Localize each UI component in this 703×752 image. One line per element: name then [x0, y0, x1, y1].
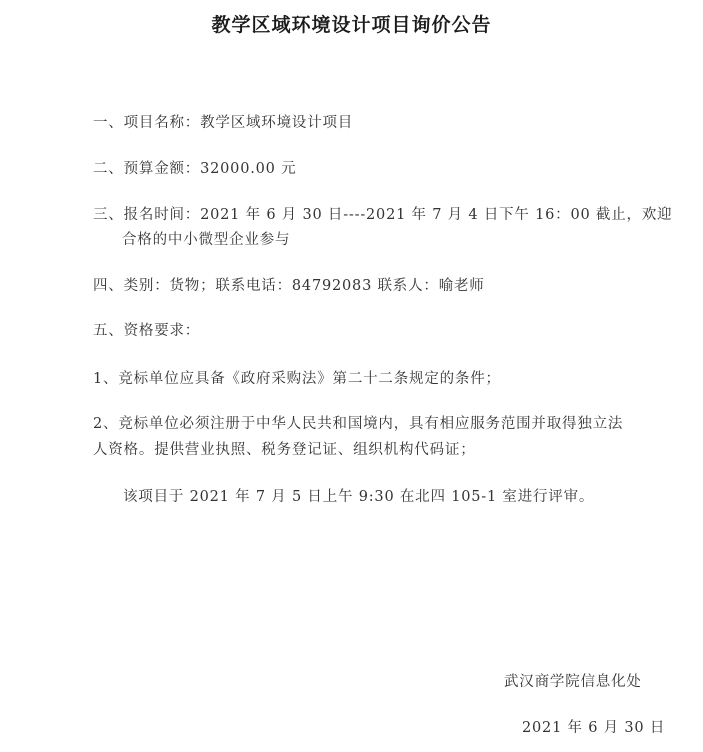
item-budget: 二、预算金额：32000.00 元 [93, 158, 296, 180]
issuer-signature: 武汉商学院信息化处 [504, 670, 642, 691]
item-registration-time-cont: 合格的中小微型企业参与 [122, 229, 290, 251]
requirement-1: 1、竞标单位应具备《政府采购法》第二十二条规定的条件； [93, 368, 501, 390]
item-category-contact: 四、类别：货物；联系电话：84792083 联系人：喻老师 [93, 275, 485, 297]
item-project-name: 一、项目名称：教学区域环境设计项目 [93, 112, 353, 134]
requirement-2: 2、竞标单位必须注册于中华人民共和国境内，具有相应服务范围并取得独立法 [93, 413, 623, 435]
signature-date: 2021 年 6 月 30 日 [522, 716, 665, 737]
requirement-2-cont: 人资格。提供营业执照、税务登记证、组织机构代码证； [93, 439, 476, 461]
item-qualifications-heading: 五、资格要求： [93, 320, 200, 342]
item-registration-time: 三、报名时间：2021 年 6 月 30 日----2021 年 7 月 4 日… [93, 204, 672, 226]
review-note: 该项目于 2021 年 7 月 5 日上午 9:30 在北四 105-1 室进行… [123, 486, 594, 508]
document-title: 教学区域环境设计项目询价公告 [0, 10, 703, 37]
